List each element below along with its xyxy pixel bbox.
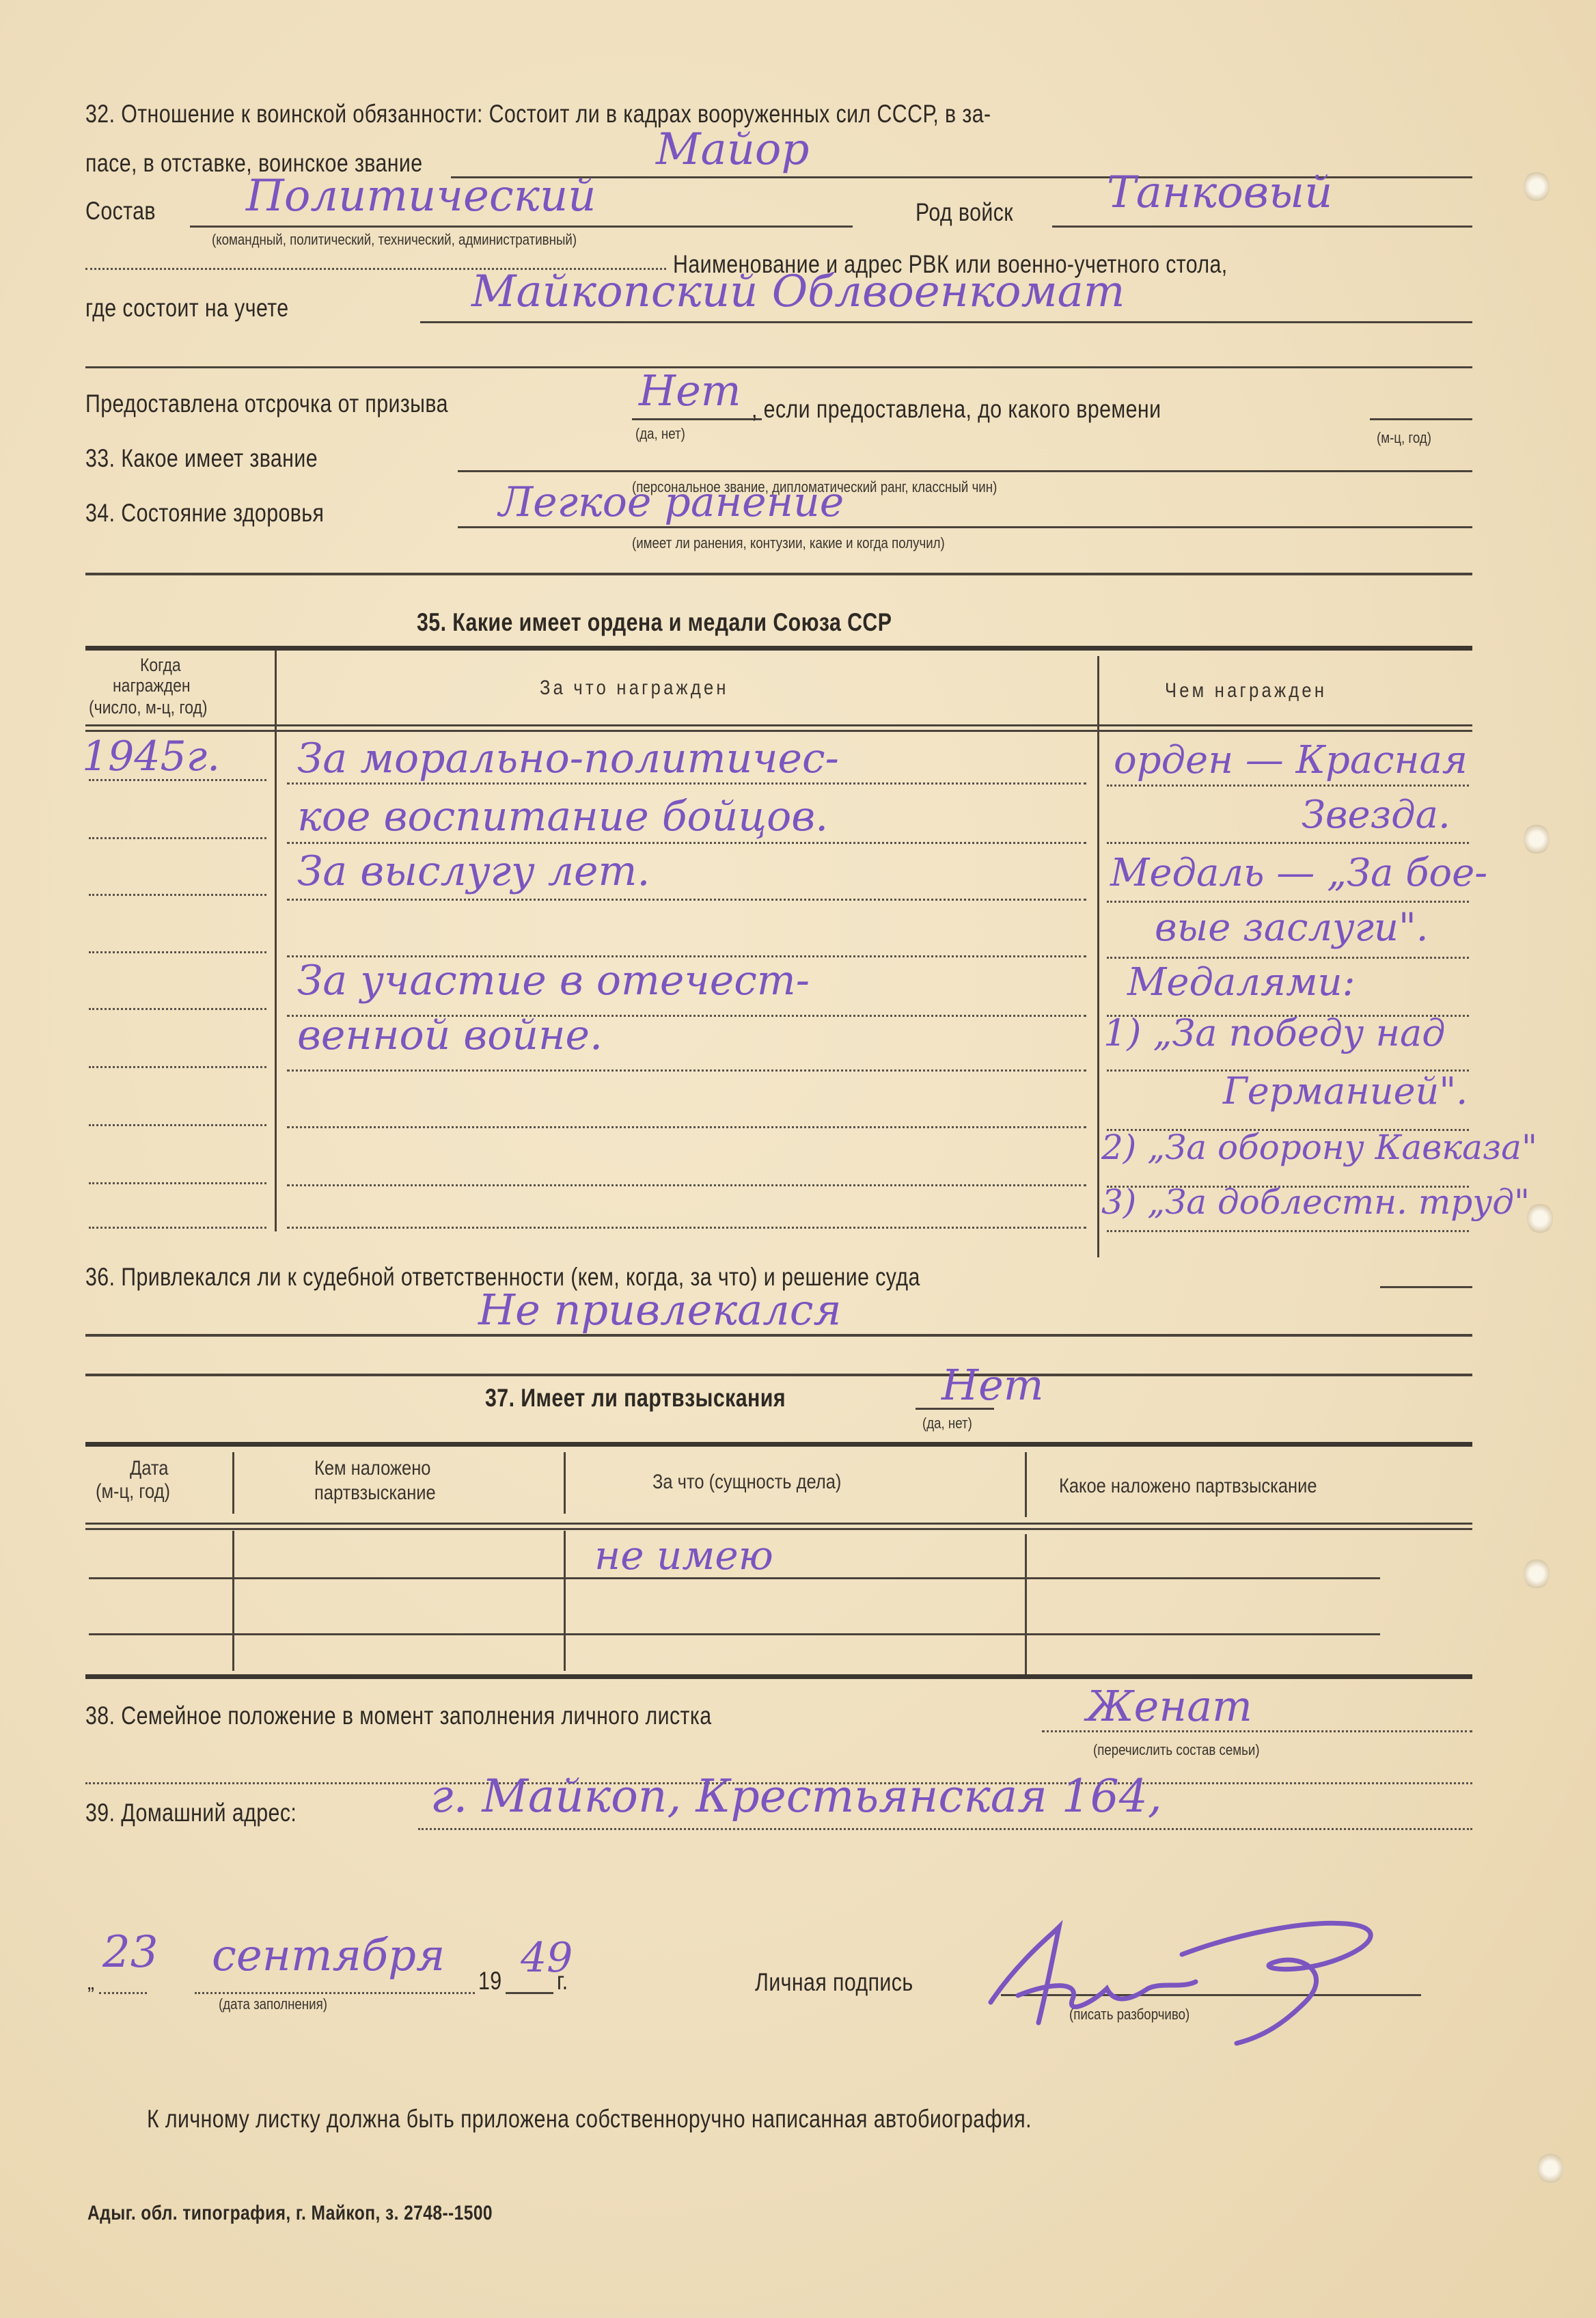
award-reason-line-3[interactable]: За выслугу лет. xyxy=(297,847,650,895)
q38-hint: (перечислить состав семьи) xyxy=(1093,1741,1260,1759)
deferment-label: Предоставлена отсрочка от призыва xyxy=(85,390,448,418)
signature-mark xyxy=(977,1920,1414,2050)
q32-label-line1: 32. Отношение к воинской обязанности: Со… xyxy=(85,100,991,128)
award-item-line-9[interactable]: 3) „За доблестн. труд" xyxy=(1101,1182,1530,1222)
punch-hole xyxy=(1537,2153,1563,2184)
award-reason-line-5[interactable]: За участие в отечест- xyxy=(297,957,810,1005)
q35-title: 35. Какие имеет ордена и медали Союза СС… xyxy=(417,608,892,637)
branch-value[interactable]: Танковый xyxy=(1107,167,1332,218)
q37-col1-line1: Дата xyxy=(130,1457,168,1480)
date-hint: (дата заполнения) xyxy=(219,1995,327,2013)
award-item-line-2[interactable]: Звезда. xyxy=(1302,793,1450,837)
q37-col4-header: Какое наложено партвзыскание xyxy=(1059,1475,1317,1498)
q38-label: 38. Семейное положение в момент заполнен… xyxy=(85,1702,711,1730)
award-item-line-3[interactable]: Медаль — „За бое- xyxy=(1110,851,1487,895)
q37-col2-line1: Кем наложено xyxy=(314,1457,430,1480)
composition-label: Состав xyxy=(85,197,156,226)
q38-value[interactable]: Женат xyxy=(1086,1681,1252,1731)
q35-col1-header: За что награжден xyxy=(540,677,729,700)
q36-value[interactable]: Не привлекался xyxy=(478,1285,842,1335)
award-reason-line-2[interactable]: кое воспитание бойцов. xyxy=(297,793,828,841)
award-reason-line-1[interactable]: За морально-политичес- xyxy=(297,735,839,782)
award-item-line-4[interactable]: вые заслуги". xyxy=(1155,905,1429,950)
registered-value[interactable]: Майкопский Облвоенкомат xyxy=(471,267,1125,317)
footer-note: К личному листку должна быть приложена с… xyxy=(147,2105,1032,2133)
award-date[interactable]: 1945г. xyxy=(82,733,220,780)
award-item-line-1[interactable]: орден — Красная xyxy=(1114,738,1468,782)
award-item-line-6[interactable]: 1) „За победу над xyxy=(1103,1011,1445,1054)
signature-label: Личная подпись xyxy=(755,1968,913,1997)
deferment-until-hint: (м-ц, год) xyxy=(1377,429,1431,447)
date-year-end: г. xyxy=(557,1967,568,1995)
q35-col2-header: Чем награжден xyxy=(1165,679,1327,703)
deferment-hint: (да, нет) xyxy=(635,425,685,443)
q37-label: 37. Имеет ли партвзыскания xyxy=(485,1384,786,1413)
q37-hint: (да, нет) xyxy=(922,1415,972,1432)
punch-hole xyxy=(1524,171,1550,202)
deferment-until-label: , если предоставлена, до какого времени xyxy=(752,395,1161,424)
punch-hole xyxy=(1524,1558,1550,1590)
date-quote: „ xyxy=(87,1972,95,1995)
date-month[interactable]: сентября xyxy=(212,1931,445,1981)
q35-col0-line1: Когда xyxy=(140,655,181,676)
branch-label: Род войск xyxy=(916,198,1013,227)
q34-label: 34. Состояние здоровья xyxy=(85,499,324,528)
q37-col2-line2: партвзыскание xyxy=(314,1482,436,1505)
q37-col3-header: За что (сущность дела) xyxy=(652,1471,841,1494)
q34-hint: (имеет ли ранения, контузии, какие и ког… xyxy=(632,534,945,552)
rank-value[interactable]: Майор xyxy=(656,124,809,175)
date-year-prefix: 19 xyxy=(478,1967,502,1995)
deferment-value[interactable]: Нет xyxy=(639,366,741,415)
printer-imprint: Адыг. обл. типография, г. Майкоп, з. 274… xyxy=(87,2202,493,2225)
q37-value[interactable]: Нет xyxy=(941,1360,1044,1410)
q39-label: 39. Домашний адрес: xyxy=(85,1799,297,1827)
q39-value[interactable]: г. Майкоп, Крестьянская 164, xyxy=(430,1770,1162,1823)
q34-value[interactable]: Легкое ранение xyxy=(499,478,844,526)
composition-value[interactable]: Политический xyxy=(246,171,596,221)
award-item-line-8[interactable]: 2) „За оборону Кавказа" xyxy=(1101,1128,1537,1167)
award-item-line-5[interactable]: Медалями: xyxy=(1127,960,1355,1005)
award-reason-line-6[interactable]: венной войне. xyxy=(297,1011,603,1059)
signature-hint: (писать разборчиво) xyxy=(1069,2006,1189,2023)
q33-label: 33. Какое имеет звание xyxy=(85,444,318,473)
q37-row-value[interactable]: не имею xyxy=(594,1532,773,1579)
date-day[interactable]: 23 xyxy=(102,1927,158,1978)
punch-hole xyxy=(1524,823,1550,855)
punch-hole xyxy=(1527,1203,1553,1234)
q37-col1-line2: (м-ц, год) xyxy=(96,1480,170,1503)
registered-label: где состоит на учете xyxy=(85,294,289,323)
q35-col0-line3: (число, м-ц, год) xyxy=(89,697,208,718)
composition-hint: (командный, политический, технический, а… xyxy=(212,231,577,249)
q35-col0-line2: награжден xyxy=(113,675,191,696)
award-item-line-7[interactable]: Германией". xyxy=(1223,1069,1468,1113)
